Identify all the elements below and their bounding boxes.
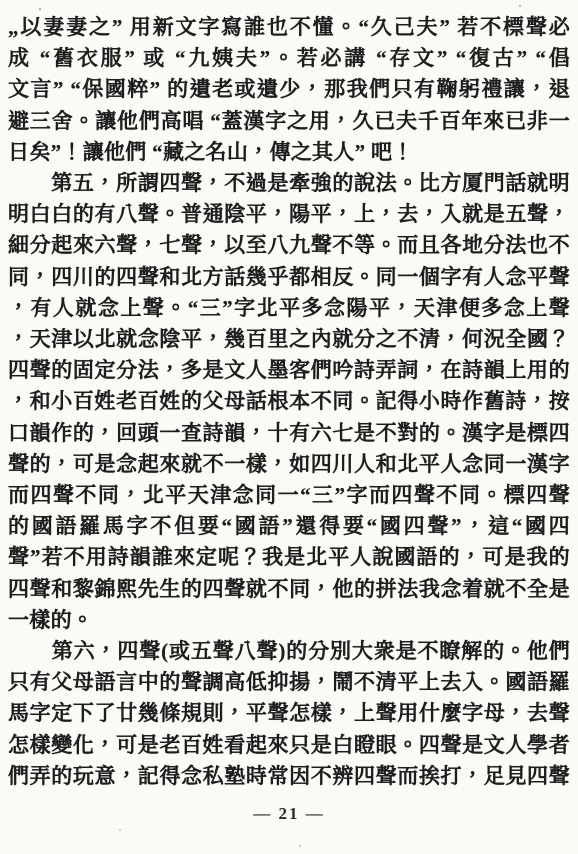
text-line: 明白白的有八聲。普通陰平，陽平，上，去，入就是五聲， — [8, 199, 570, 230]
text-line: 四聲和黎錦熙先生的四聲就不同，他的拼法我念着就不全是 — [8, 574, 570, 605]
text-line: 成 “舊衣服” 或 “九姨夫”。若必講 “存文” “復古” “倡 — [8, 43, 570, 74]
text-line: 的國語羅馬字不但要“國語”還得要“國四聲”，這“國四 — [8, 511, 570, 542]
text-line: 日矣”！讓他們 “藏之名山，傳之其人” 吧！ — [8, 137, 570, 168]
text-line: 聲的，可是念起來就不一樣，如四川人和北平人念同一漢字 — [8, 449, 570, 480]
text-line: 四聲的固定分法，多是文人墨客們吟詩弄詞，在詩韻上用的 — [8, 355, 570, 386]
text-line: 聲”若不用詩韻誰來定呢？我是北平人說國語的，可是我的 — [8, 542, 570, 573]
text-line: 第五，所謂四聲，不過是牽強的說法。比方厦門話就明 — [8, 168, 570, 199]
text-line: 細分起來六聲，七聲，以至八九聲不等。而且各地分法也不 — [8, 230, 570, 261]
text-line: 避三舍。讓他們高唱 “蓋漢字之用，久已夫千百年來已非一 — [8, 106, 570, 137]
text-line: 馬字定下了廿幾條規則，平聲怎樣，上聲用什麼字母，去聲 — [8, 698, 570, 729]
text-line: 第六，四聲(或五聲八聲)的分別大衆是不瞭解的。他們 — [8, 636, 570, 667]
text-line: 怎樣變化，可是老百姓看起來只是白瞪眼。四聲是文人學者 — [8, 730, 570, 761]
text-line: 而四聲不同，北平天津念同一“三”字而四聲不同。標四聲 — [8, 480, 570, 511]
paragraph: 第五，所謂四聲，不過是牽強的說法。比方厦門話就明明白白的有八聲。普通陰平，陽平，… — [8, 168, 570, 636]
text-line: 口韻作的，回頭一查詩韻，十有六七是不對的。漢字是標四 — [8, 418, 570, 449]
text-line: 們弄的玩意，記得念私塾時常因不辨四聲而挨打，足見四聲 — [8, 761, 570, 792]
text-line: 一樣的。 — [8, 605, 570, 636]
text-line: ，和小百姓老百姓的父母話根本不同。記得小時作舊詩，按 — [8, 386, 570, 417]
text-line: ，有人就念上聲。“三”字北平多念陽平，天津便多念上聲 — [8, 293, 570, 324]
paragraph: 第六，四聲(或五聲八聲)的分別大衆是不瞭解的。他們只有父母語言中的聲調高低抑揚，… — [8, 636, 570, 792]
text-line: 同，四川的四聲和北方話幾乎都相反。同一個字有人念平聲 — [8, 262, 570, 293]
text-line: ，天津以北就念陰平，幾百里之內就分之不清，何況全國？ — [8, 324, 570, 355]
scanned-page: „以妻妻之” 用新文字寫誰也不懂。“久己夫” 若不標聲必成 “舊衣服” 或 “九… — [0, 0, 578, 854]
paragraph: „以妻妻之” 用新文字寫誰也不懂。“久己夫” 若不標聲必成 “舊衣服” 或 “九… — [8, 12, 570, 168]
page-footer: — 21 — — [8, 804, 570, 824]
text-line: „以妻妻之” 用新文字寫誰也不懂。“久己夫” 若不標聲必 — [8, 12, 570, 43]
text-block: „以妻妻之” 用新文字寫誰也不懂。“久己夫” 若不標聲必成 “舊衣服” 或 “九… — [8, 12, 570, 792]
page-number: — 21 — — [253, 804, 325, 823]
text-line: 只有父母語言中的聲調高低抑揚，鬧不清平上去入。國語羅 — [8, 667, 570, 698]
text-line: 文言” “保國粹” 的遺老或遺少，那我們只有鞠躬禮讓，退 — [8, 74, 570, 105]
